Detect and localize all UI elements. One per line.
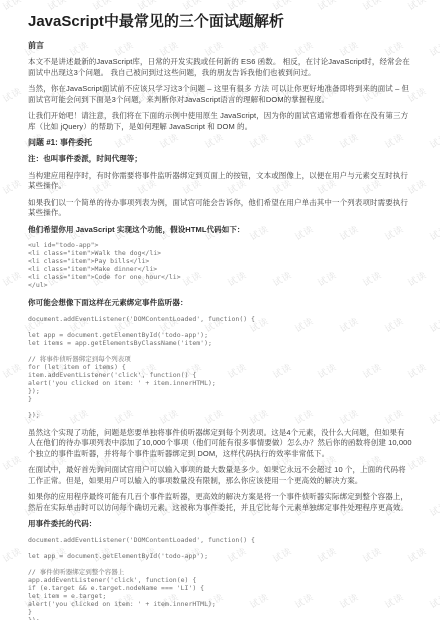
intro-paragraph-2: 当然，你在JavaScript面试前不应该只学习这3个问题 – 这里有很多 方法…	[28, 84, 412, 105]
question1-paragraph-4: 在面试中，最好首先询问面试官用户可以输入事项的最大数量是多少。如果它永远不会超过…	[28, 465, 412, 486]
question1-heading: 问题 #1: 事件委托	[28, 138, 412, 148]
code-block-event-delegation: document.addEventListener('DOMContentLoa…	[28, 536, 412, 620]
article-content: JavaScript中最常见的三个面试题解析 前言 本文不是讲述最新的JavaS…	[0, 0, 440, 620]
page-title: JavaScript中最常见的三个面试题解析	[28, 13, 412, 31]
delegation-code-intro: 用事件委托的代码：	[28, 519, 412, 530]
document-page: JavaScript中最常见的三个面试题解析 前言 本文不是讲述最新的JavaS…	[0, 0, 440, 620]
naive-code-intro: 你可能会想像下面这样在元素绑定事件监听器：	[28, 298, 412, 309]
question1-paragraph-5: 如果你的应用程序最终可能有几百个事件监听器，更高效的解决方案是将一个事件侦听器实…	[28, 492, 412, 513]
code-block-html: <ul id="todo-app"> <li class="item">Walk…	[28, 241, 412, 289]
intro-paragraph-3: 让我们开始吧！请注意，我们将在下面的示例中使用原生 JavaScript，因为你…	[28, 111, 412, 132]
question1-paragraph-2: 如果我们以一个简单的待办事项列表为例，面试官可能会告诉你，他们希望在用户单击其中…	[28, 198, 412, 219]
intro-paragraph-1: 本文不是讲述最新的JavaScript库，日常的开发实践或任何新的 ES6 函数…	[28, 57, 412, 78]
question1-paragraph-1: 当构建应用程序时，有时你需要将事件监听器绑定到页面上的按钮，文本或图像上，以便在…	[28, 171, 412, 192]
question1-paragraph-3: 虽然这个实现了功能，问题是您要单独将事件侦听器绑定到每个列表项。这是4个元素，没…	[28, 428, 412, 460]
code-block-naive-listeners: document.addEventListener('DOMContentLoa…	[28, 315, 412, 419]
preface-heading: 前言	[28, 41, 412, 51]
question1-note: 注：也叫事件委派，时间代理等；	[28, 154, 412, 165]
html-code-intro: 他们希望你用 JavaScript 实现这个功能，假设HTML代码如下：	[28, 225, 412, 236]
